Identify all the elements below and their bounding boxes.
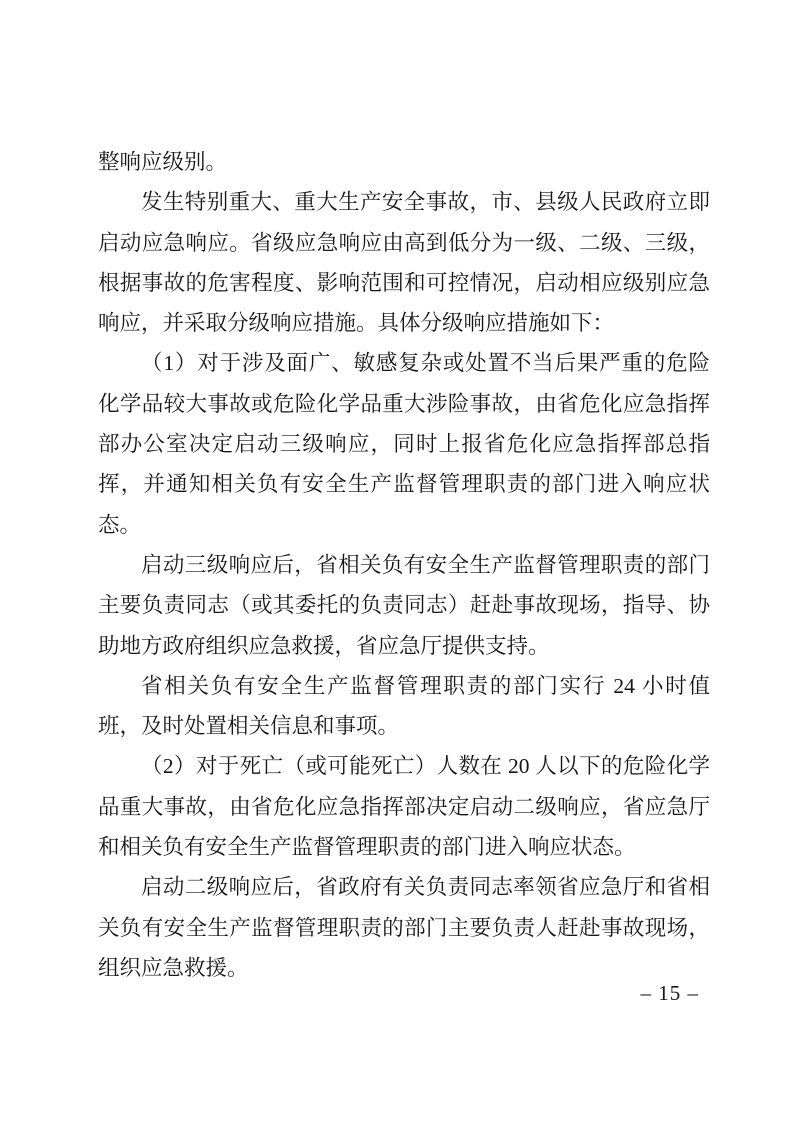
document-line: 和相关负有安全生产监督管理职责的部门进入响应状态。 xyxy=(98,827,710,867)
document-line: 品重大事故，由省危化应急指挥部决定启动二级响应，省应急厅 xyxy=(98,787,710,827)
document-line: 根据事故的危害程度、影响范围和可控情况，启动相应级别应急 xyxy=(98,263,710,303)
document-line: 组织应急救援。 xyxy=(98,948,710,988)
document-line: 班，及时处置相关信息和事项。 xyxy=(98,706,710,746)
document-line: 省相关负有安全生产监督管理职责的部门实行 24 小时值 xyxy=(98,666,710,706)
document-line: 关负有安全生产监督管理职责的部门主要负责人赶赴事故现场， xyxy=(98,908,710,948)
document-line: （1）对于涉及面广、敏感复杂或处置不当后果严重的危险 xyxy=(98,343,710,383)
document-line: 启动三级响应后，省相关负有安全生产监督管理职责的部门 xyxy=(98,545,710,585)
document-line: 启动应急响应。省级应急响应由高到低分为一级、二级、三级， xyxy=(98,223,710,263)
document-line: 发生特别重大、重大生产安全事故，市、县级人民政府立即 xyxy=(98,182,710,222)
document-line: 整响应级别。 xyxy=(98,142,710,182)
document-line: 助地方政府组织应急救援，省应急厅提供支持。 xyxy=(98,626,710,666)
document-line: 化学品较大事故或危险化学品重大涉险事故，由省危化应急指挥 xyxy=(98,384,710,424)
document-body: 整响应级别。 发生特别重大、重大生产安全事故，市、县级人民政府立即 启动应急响应… xyxy=(98,142,710,988)
document-page: 整响应级别。 发生特别重大、重大生产安全事故，市、县级人民政府立即 启动应急响应… xyxy=(0,0,793,1123)
document-line: （2）对于死亡（或可能死亡）人数在 20 人以下的危险化学 xyxy=(98,746,710,786)
document-line: 主要负责同志（或其委托的负责同志）赶赴事故现场，指导、协 xyxy=(98,585,710,625)
document-line: 启动二级响应后，省政府有关负责同志率领省应急厅和省相 xyxy=(98,867,710,907)
document-line: 态。 xyxy=(98,505,710,545)
document-line: 响应，并采取分级响应措施。具体分级响应措施如下： xyxy=(98,303,710,343)
document-line: 挥，并通知相关负有安全生产监督管理职责的部门进入响应状 xyxy=(98,464,710,504)
document-line: 部办公室决定启动三级响应，同时上报省危化应急指挥部总指 xyxy=(98,424,710,464)
page-number: – 15 – xyxy=(641,981,700,1005)
